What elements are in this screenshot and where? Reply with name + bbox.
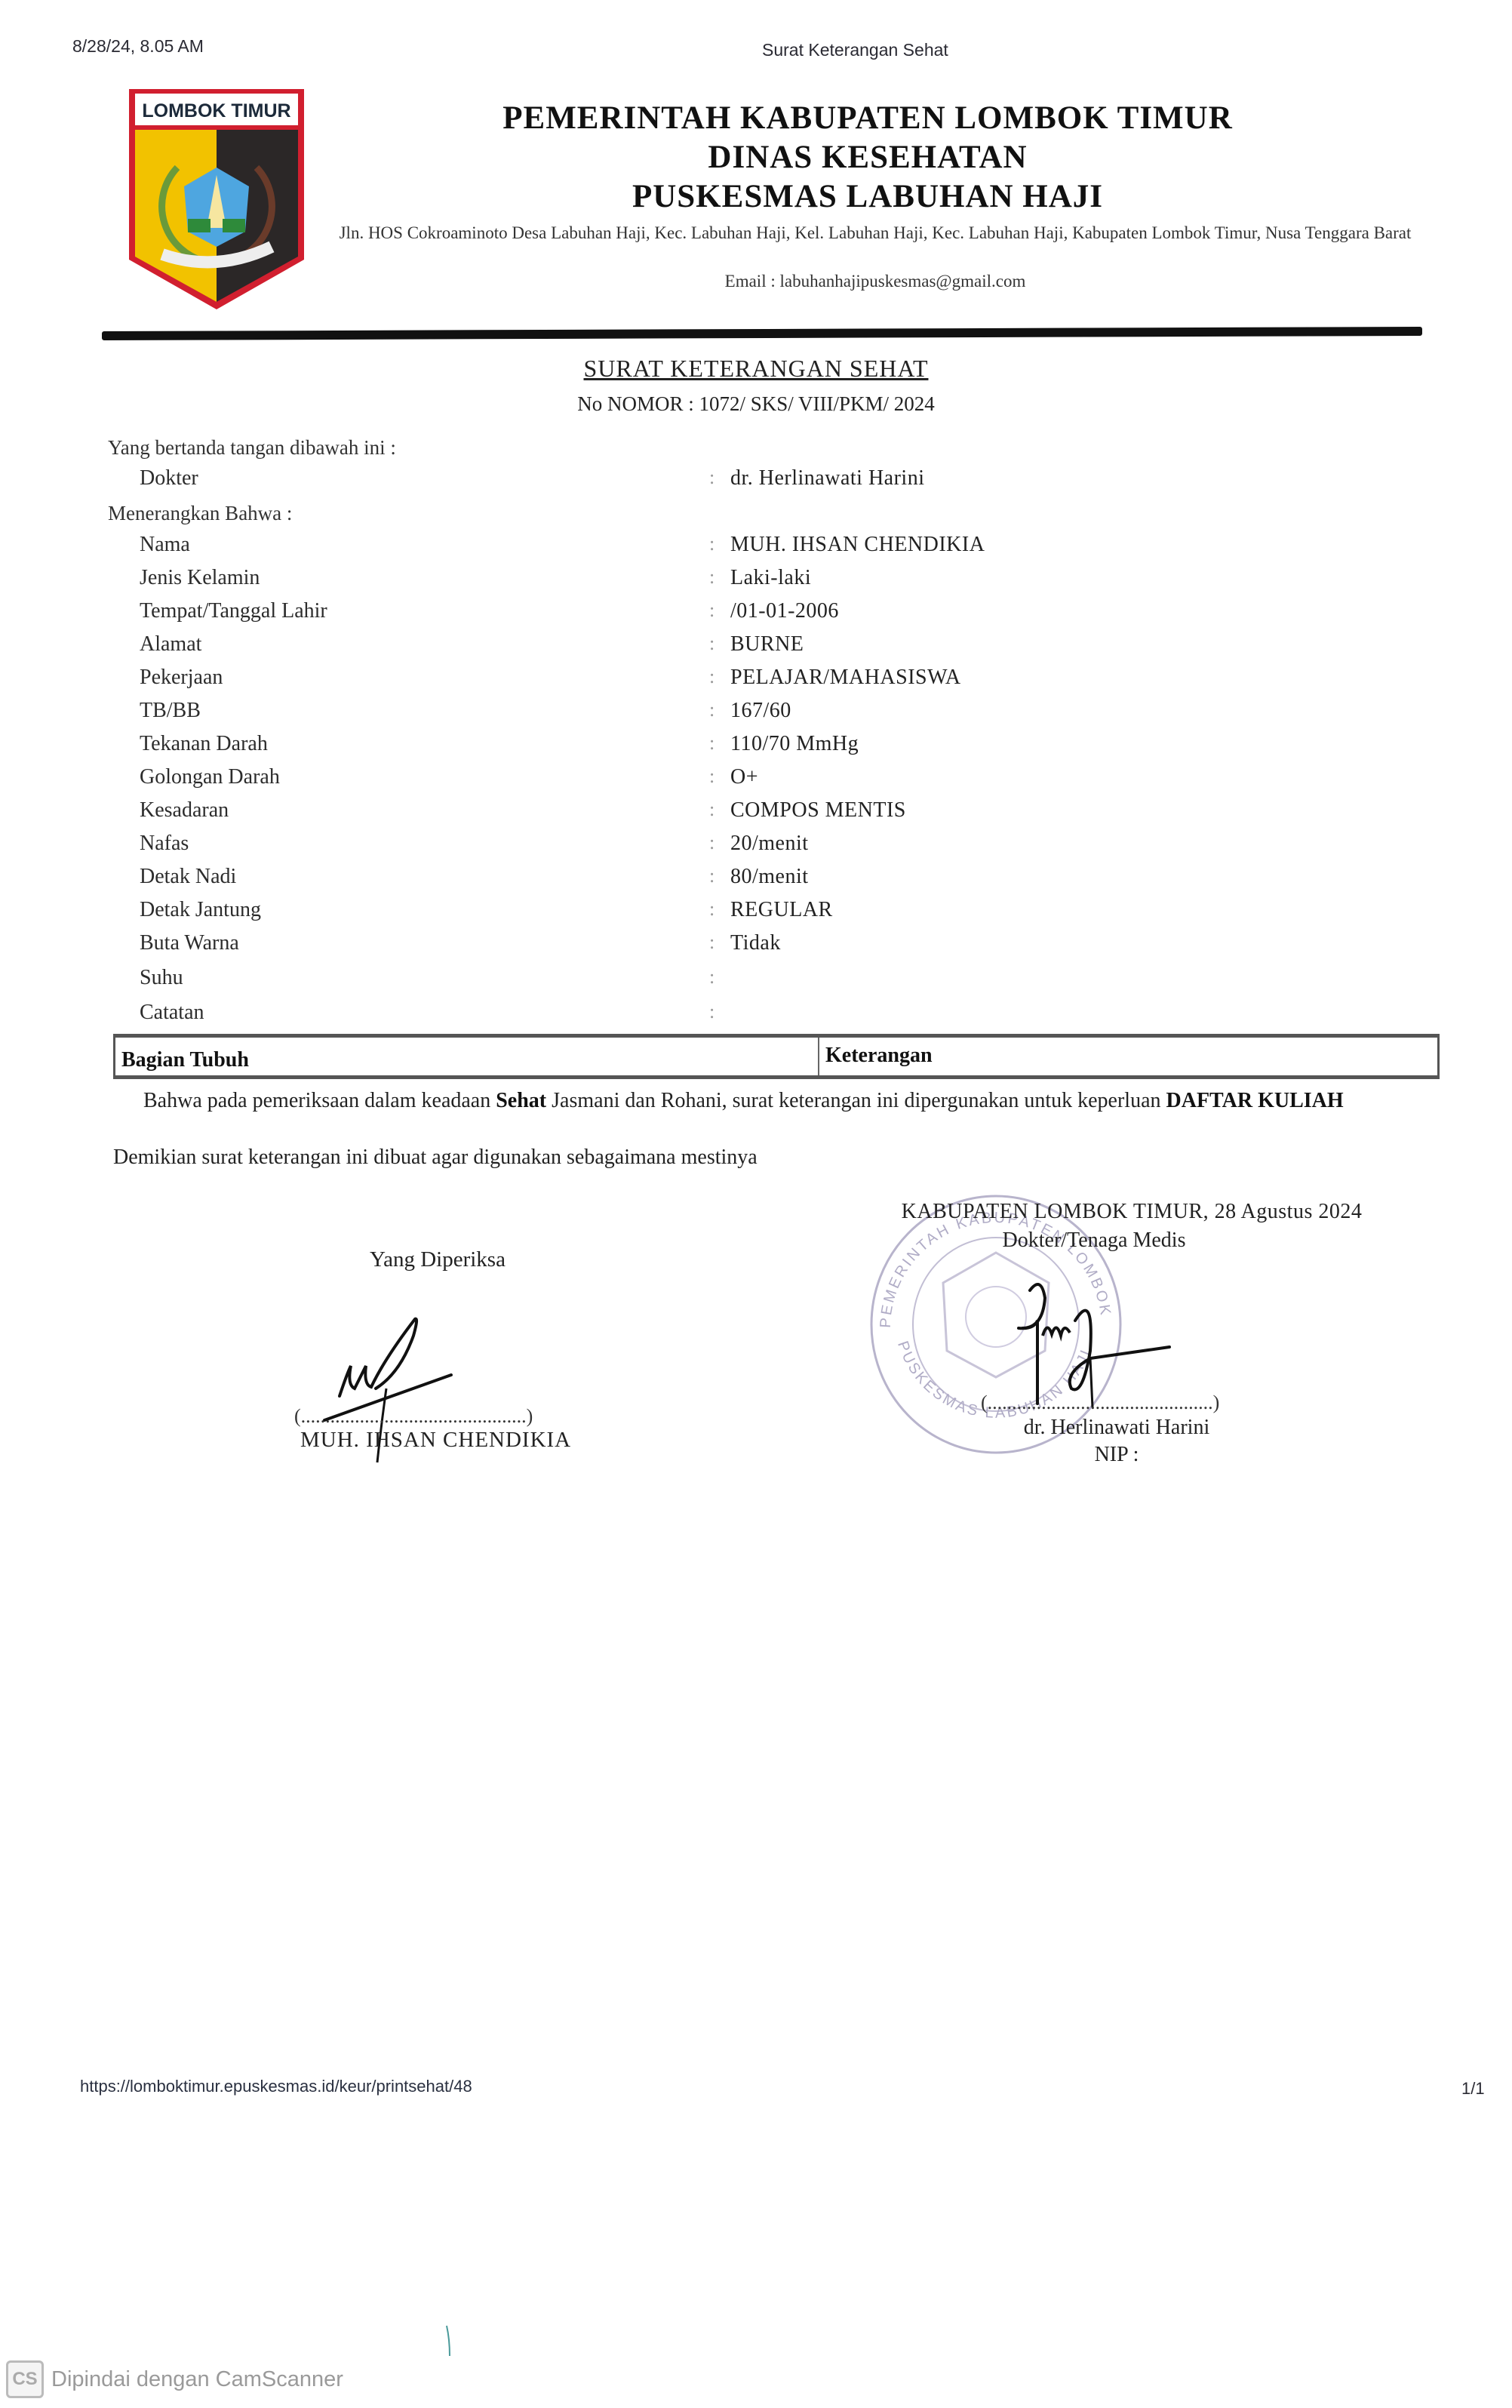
separator: : (709, 865, 715, 887)
doctor-label: Dokter (140, 466, 198, 491)
separator: : (709, 666, 715, 688)
field-label: Detak Nadi (140, 865, 236, 889)
separator: : (709, 599, 715, 622)
statement-text: Bahwa pada pemeriksaan dalam keadaan (143, 1089, 496, 1112)
separator: : (709, 632, 715, 655)
field-value: COMPOS MENTIS (730, 798, 906, 823)
field-value: Laki-laki (730, 566, 811, 590)
field-row: Buta Warna:Tidak (0, 931, 1512, 964)
doctor-name: dr. Herlinawati Harini (996, 1416, 1237, 1440)
field-row: Tempat/Tanggal Lahir:/01-01-2006 (0, 599, 1512, 632)
doctor-signature-line: (.......................................… (981, 1392, 1219, 1414)
separator: : (709, 699, 715, 721)
field-label: Suhu (140, 966, 183, 990)
separator: : (709, 832, 715, 854)
field-row: Tekanan Darah:110/70 MmHg (0, 732, 1512, 765)
intro-text: Yang bertanda tangan dibawah ini : (108, 436, 396, 460)
statement-purpose: DAFTAR KULIAH (1166, 1089, 1344, 1112)
field-row: Golongan Darah:O+ (0, 765, 1512, 798)
signature-place-date: KABUPATEN LOMBOK TIMUR, 28 Agustus 2024 (792, 1200, 1471, 1224)
field-label: Kesadaran (140, 798, 229, 823)
print-url: https://lomboktimur.epuskesmas.id/keur/p… (80, 2077, 472, 2096)
svg-text:LOMBOK TIMUR: LOMBOK TIMUR (142, 100, 290, 121)
separator: : (709, 466, 715, 489)
field-label: Catatan (140, 1001, 204, 1025)
doctor-value: dr. Herlinawati Harini (730, 466, 924, 491)
letterhead-address: Jln. HOS Cokroaminoto Desa Labuhan Haji,… (332, 220, 1418, 245)
doctor-nip: NIP : (1041, 1443, 1192, 1467)
field-label: Nama (140, 533, 190, 557)
field-row: Pekerjaan:PELAJAR/MAHASISWA (0, 666, 1512, 699)
field-label: Nafas (140, 832, 189, 856)
separator: : (709, 533, 715, 555)
field-label: Golongan Darah (140, 765, 280, 789)
field-label: Jenis Kelamin (140, 566, 260, 590)
print-page-title: Surat Keterangan Sehat (762, 40, 948, 60)
letterhead-government: PEMERINTAH KABUPATEN LOMBOK TIMUR (317, 100, 1418, 137)
coat-of-arms-icon: LOMBOK TIMUR (124, 85, 309, 315)
field-label: Buta Warna (140, 931, 239, 955)
separator: : (709, 732, 715, 755)
field-value: Tidak (730, 931, 781, 955)
patient-name: MUH. IHSAN CHENDIKIA (300, 1428, 571, 1453)
field-label: Detak Jantung (140, 898, 261, 922)
field-value: PELAJAR/MAHASISWA (730, 666, 961, 690)
field-row: Jenis Kelamin:Laki-laki (0, 566, 1512, 599)
field-label: TB/BB (140, 699, 201, 723)
page-number: 1/1 (1461, 2079, 1485, 2099)
field-value: BURNE (730, 632, 804, 657)
patient-caption: Yang Diperiksa (287, 1247, 589, 1272)
field-label: Pekerjaan (140, 666, 223, 690)
field-value: 110/70 MmHg (730, 732, 859, 756)
field-row: TB/BB:167/60 (0, 699, 1512, 732)
field-row: Nafas:20/menit (0, 832, 1512, 865)
doctor-role: Dokter/Tenaga Medis (830, 1229, 1358, 1253)
field-label: Alamat (140, 632, 201, 657)
field-row: Alamat:BURNE (0, 632, 1512, 666)
separator: : (709, 1001, 715, 1023)
body-part-table: Bagian Tubuh Keterangan (113, 1034, 1440, 1079)
print-datetime: 8/28/24, 8.05 AM (72, 36, 204, 57)
separator: : (709, 966, 715, 989)
document-number: No NOMOR : 1072/ SKS/ VIII/PKM/ 2024 (0, 392, 1512, 416)
field-value: 80/menit (730, 865, 809, 889)
patient-signature-line: (.......................................… (294, 1405, 533, 1428)
letterhead-divider (102, 327, 1422, 340)
separator: : (709, 798, 715, 821)
field-row: Nama:MUH. IHSAN CHENDIKIA (0, 533, 1512, 566)
table-header-keterangan: Keterangan (819, 1038, 1437, 1075)
doctor-row: Dokter : dr. Herlinawati Harini (0, 466, 1512, 500)
menerangkan-text: Menerangkan Bahwa : (108, 502, 292, 525)
separator: : (709, 898, 715, 921)
letterhead-clinic: PUSKESMAS LABUHAN HAJI (317, 178, 1418, 215)
field-row: Detak Nadi:80/menit (0, 865, 1512, 898)
doctor-signature (958, 1275, 1200, 1411)
field-value: 167/60 (730, 699, 791, 723)
table-header-bagian-tubuh: Bagian Tubuh (115, 1038, 819, 1075)
scan-artifact (445, 2324, 453, 2358)
closing-text: Demikian surat keterangan ini dibuat aga… (113, 1146, 758, 1170)
statement-sehat: Sehat (496, 1089, 546, 1112)
field-value: REGULAR (730, 898, 833, 922)
handwritten-signature-icon (958, 1275, 1200, 1411)
separator: : (709, 765, 715, 788)
field-row: Catatan: (0, 1001, 1512, 1034)
lombok-timur-logo: LOMBOK TIMUR (124, 85, 309, 315)
field-row: Kesadaran:COMPOS MENTIS (0, 798, 1512, 832)
statement-text: Jasmani dan Rohani, surat keterangan ini… (546, 1089, 1166, 1112)
field-value: /01-01-2006 (730, 599, 839, 623)
health-statement: Bahwa pada pemeriksaan dalam keadaan Seh… (113, 1084, 1434, 1118)
letterhead-department: DINAS KESEHATAN (317, 139, 1418, 176)
camscanner-label: Dipindai dengan CamScanner (51, 2367, 343, 2392)
field-row: Detak Jantung:REGULAR (0, 898, 1512, 931)
field-row: Suhu: (0, 966, 1512, 999)
field-label: Tekanan Darah (140, 732, 268, 756)
letterhead-email: Email : labuhanhajipuskesmas@gmail.com (332, 272, 1418, 291)
field-value: 20/menit (730, 832, 809, 856)
separator: : (709, 566, 715, 589)
field-value: O+ (730, 765, 758, 789)
camscanner-watermark: CS Dipindai dengan CamScanner (6, 2360, 343, 2398)
field-value: MUH. IHSAN CHENDIKIA (730, 533, 985, 557)
separator: : (709, 931, 715, 954)
document-title: SURAT KETERANGAN SEHAT (0, 355, 1512, 383)
camscanner-logo-icon: CS (6, 2360, 44, 2398)
field-label: Tempat/Tanggal Lahir (140, 599, 327, 623)
